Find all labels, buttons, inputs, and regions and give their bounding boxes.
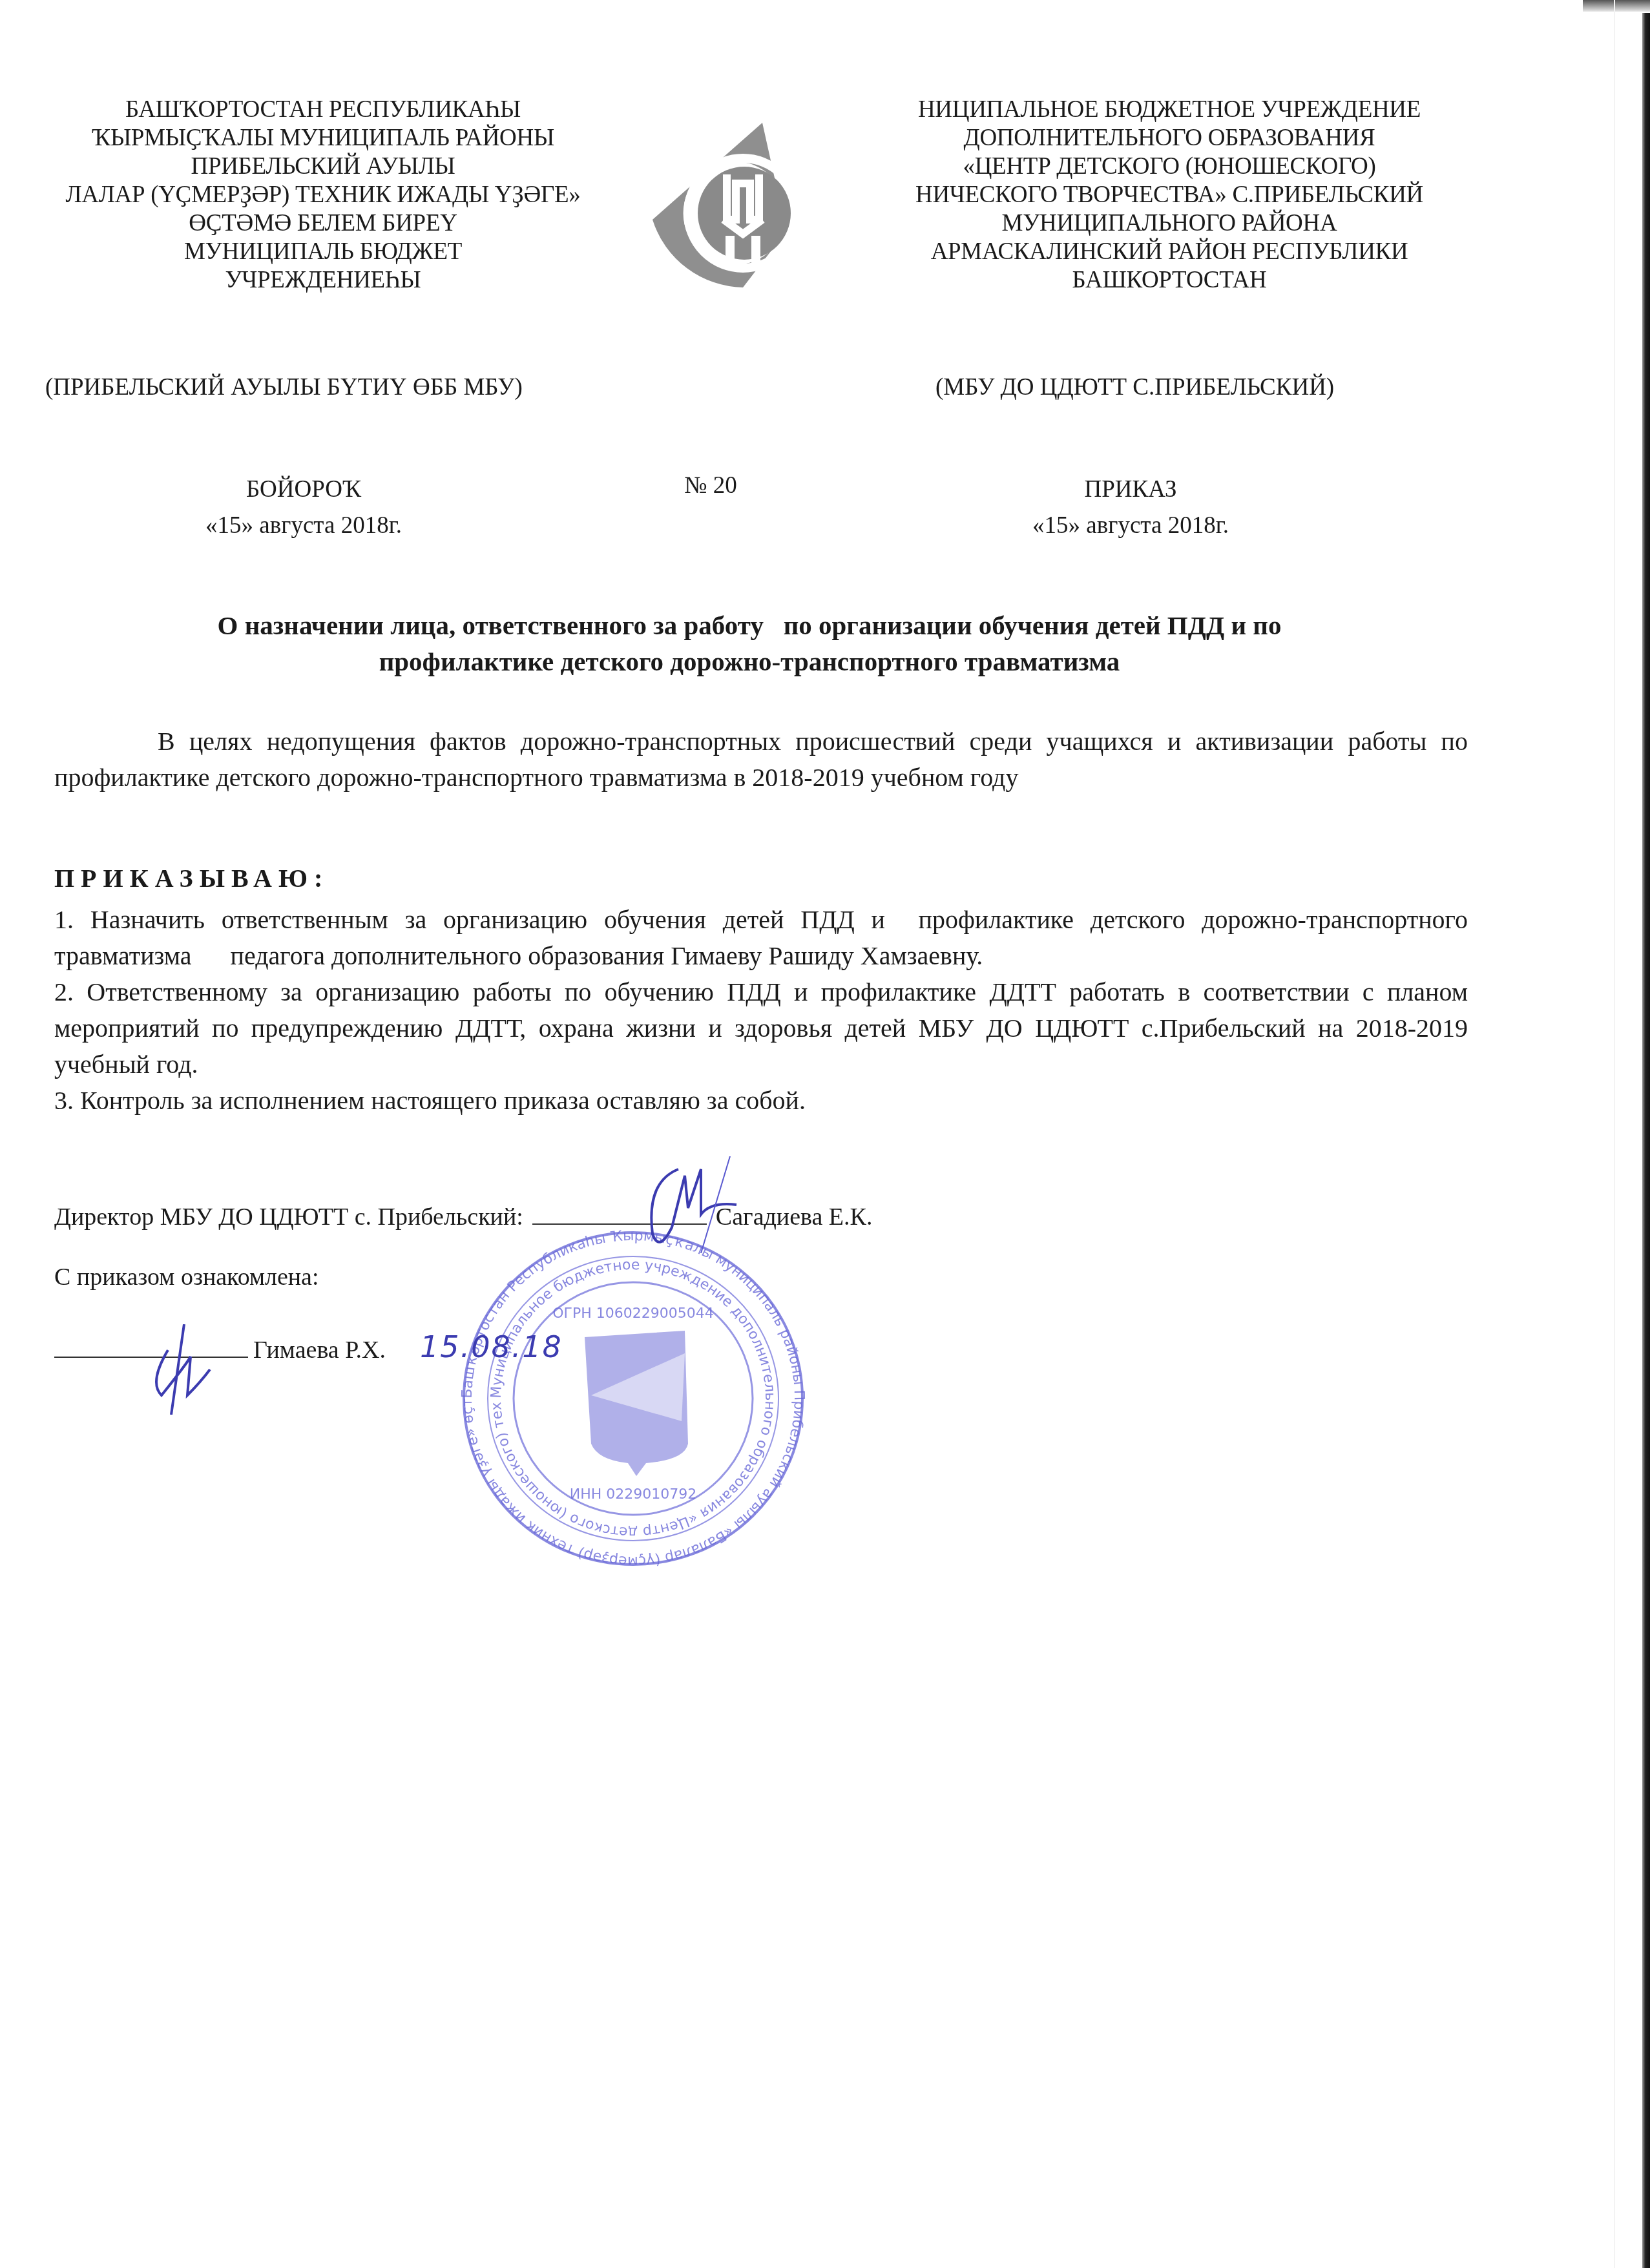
header-left-line: МУНИЦИПАЛЬ БЮДЖЕТ (0, 238, 646, 266)
header-right-line: БАШКОРТОСТАН (846, 266, 1492, 295)
order-item: 1. Назначить ответственным за организаци… (54, 902, 1468, 974)
stamp-ogrn: ОГРН 1060229005044 (552, 1306, 714, 1322)
header-right-line: НИЧЕСКОГО ТВОРЧЕСТВА» С.ПРИБЕЛЬСКИЙ (846, 181, 1492, 209)
header-left-line: ӨҪТӘМӘ БЕЛЕМ БИРЕҮ (0, 209, 646, 238)
order-heading: ПРИКАЗЫВАЮ: (54, 863, 329, 893)
official-stamp: Башҡортостан Республикаһы Ҡырмыҫҡалы мун… (459, 1227, 808, 1570)
handwritten-date: 15.08.18 (420, 1329, 563, 1364)
document-title-line: профилактике детского дорожно-транспортн… (26, 643, 1473, 680)
order-items-list: 1. Назначить ответственным за организаци… (54, 902, 1468, 1119)
header-right-line: НИЦИПАЛЬНОЕ БЮДЖЕТНОЕ УЧРЕЖДЕНИЕ (846, 96, 1492, 124)
order-item: 2. Ответственному за организацию работы … (54, 974, 1468, 1083)
scan-border-right (1642, 13, 1650, 2268)
header-right-russian: НИЦИПАЛЬНОЕ БЮДЖЕТНОЕ УЧРЕЖДЕНИЕ ДОПОЛНИ… (846, 96, 1492, 295)
header-left-line: БАШҠОРТОСТАН РЕСПУБЛИКАҺЫ (0, 96, 646, 124)
header-right-line: АРМАСКАЛИНСКИЙ РАЙОН РЕСПУБЛИКИ (846, 238, 1492, 266)
acknowledgement-label: С приказом ознакомлена: (54, 1263, 319, 1291)
order-date-right: «15» августа 2018г. (995, 508, 1266, 544)
order-label-russian-block: ПРИКАЗ «15» августа 2018г. (995, 472, 1266, 544)
director-signature-line: Директор МБУ ДО ЦДЮТТ с. Прибельский:Саг… (54, 1203, 872, 1231)
page-fold-line (1614, 0, 1615, 2268)
order-number: № 20 (646, 472, 775, 499)
header-left-line: ПРИБЕЛЬСКИЙ АУЫЛЫ (0, 152, 646, 181)
header-left-line: ЛАЛАР (ҮҪМЕРҘӘР) ТЕХНИК ИЖАДЫ ҮҘӘГЕ» (0, 181, 646, 209)
order-item: 3. Контроль за исполнением настоящего пр… (54, 1083, 1468, 1119)
document-title: О назначении лица, ответственного за раб… (26, 607, 1473, 680)
header-right-line: «ЦЕНТР ДЕТСКОГО (ЮНОШЕСКОГО) (846, 152, 1492, 181)
order-label-russian: ПРИКАЗ (995, 472, 1266, 508)
director-label: Директор МБУ ДО ЦДЮТТ с. Прибельский: (54, 1203, 523, 1231)
intro-paragraph: В целях недопущения фактов дорожно-транс… (54, 723, 1468, 796)
header-left-line: УЧРЕЖДЕНИЕҺЫ (0, 266, 646, 295)
order-date-left: «15» августа 2018г. (168, 508, 439, 544)
order-label-bashkir-block: БОЙОРОҠ «15» августа 2018г. (168, 472, 439, 544)
header-left-line: ҠЫРМЫҪҠАЛЫ МУНИЦИПАЛЬ РАЙОНЫ (0, 124, 646, 152)
order-label-bashkir: БОЙОРОҠ (168, 472, 439, 508)
acknowledged-name: Гимаева Р.Х. (253, 1337, 386, 1364)
acknowledged-handwritten-signature-icon (136, 1324, 233, 1415)
header-left-bashkir: БАШҠОРТОСТАН РЕСПУБЛИКАҺЫ ҠЫРМЫҪҠАЛЫ МУН… (0, 96, 646, 295)
director-handwritten-signature-icon (640, 1156, 749, 1253)
scan-border-top (1583, 0, 1650, 12)
header-right-line: ДОПОЛНИТЕЛЬНОГО ОБРАЗОВАНИЯ (846, 124, 1492, 152)
header-left-abbreviation: (ПРИБЕЛЬСКИЙ АУЫЛЫ БҮТИҮ ӨББ МБУ) (45, 373, 523, 401)
stamp-inn: ИНН 0229010792 (570, 1486, 697, 1503)
document-title-line: О назначении лица, ответственного за раб… (26, 607, 1473, 643)
header-right-line: МУНИЦИПАЛЬНОГО РАЙОНА (846, 209, 1492, 238)
header-right-abbreviation: (МБУ ДО ЦДЮТТ С.ПРИБЕЛЬСКИЙ) (935, 373, 1334, 401)
institution-logo-icon (646, 123, 827, 304)
